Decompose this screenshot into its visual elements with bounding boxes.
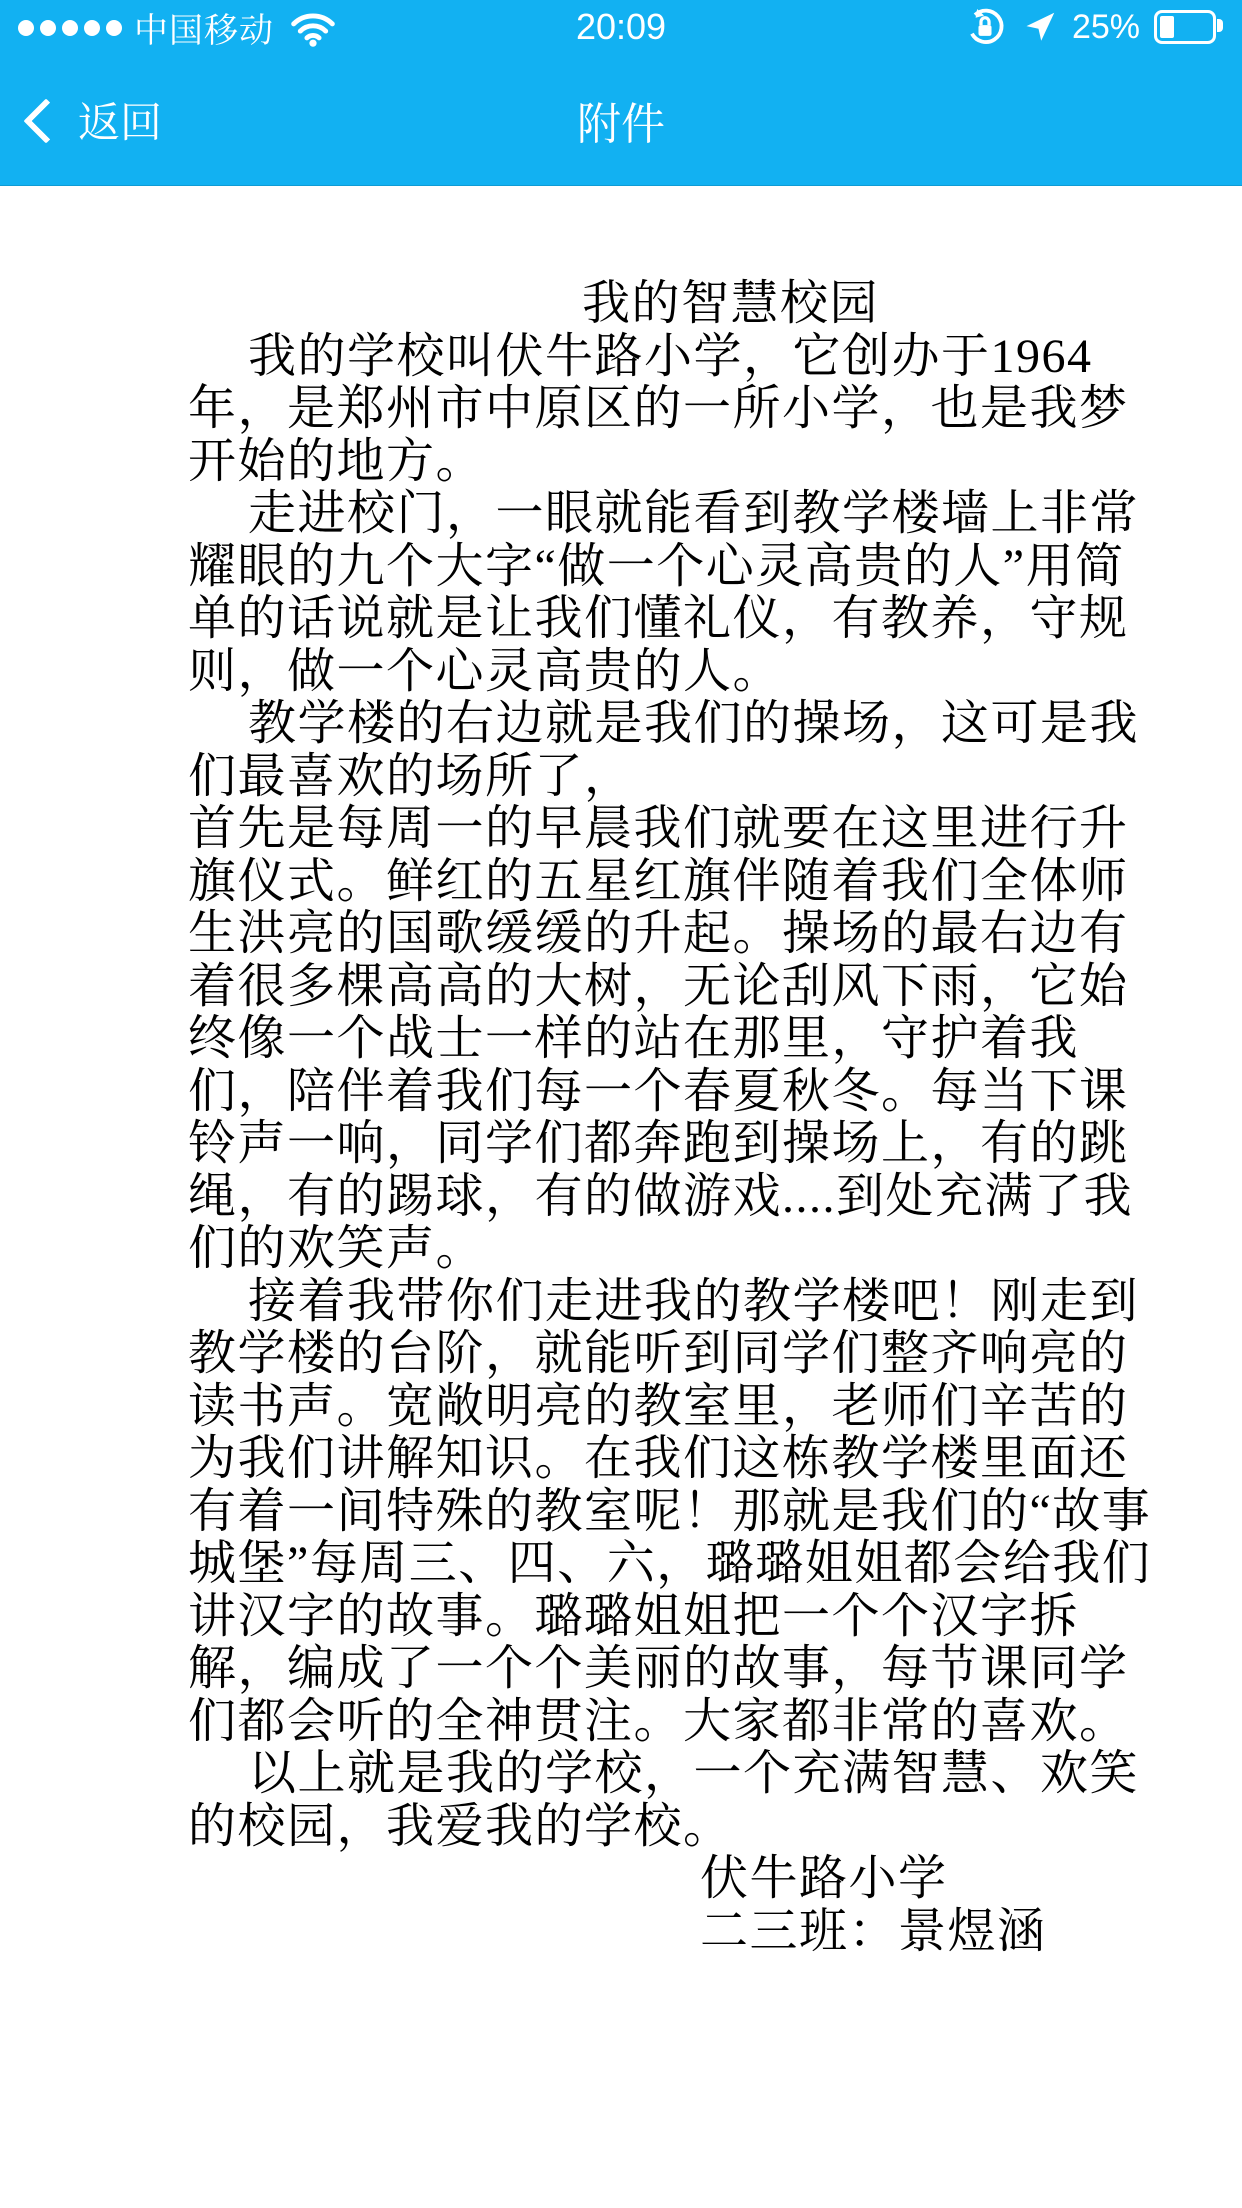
document-line: 教学楼的台阶，就能听到同学们整齐响亮的 — [188, 1328, 1242, 1381]
document-line: 开始的地方。 — [188, 436, 1242, 489]
battery-level — [1160, 16, 1174, 38]
document-line: 我的智慧校园 — [188, 278, 1242, 331]
back-button-label: 返回 — [78, 90, 162, 150]
document-line: 接着我带你们走进我的教学楼吧！刚走到 — [188, 1276, 1242, 1329]
app-header: 中国移动 20:09 25% — [0, 0, 1242, 186]
document-line: 教学楼的右边就是我们的操场，这可是我 — [188, 698, 1242, 751]
document-line: 铃声一响，同学们都奔跑到操场上，有的跳 — [188, 1118, 1242, 1171]
document-line: 生洪亮的国歌缓缓的升起。操场的最右边有 — [188, 908, 1242, 961]
document-line: 则，做一个心灵高贵的人。 — [188, 646, 1242, 699]
navigation-bar: 返回 附件 — [0, 54, 1242, 185]
document-line: 绳，有的踢球，有的做游戏....到处充满了我 — [188, 1171, 1242, 1224]
document-line: 城堡”每周三、四、六，璐璐姐姐都会给我们 — [188, 1538, 1242, 1591]
document-line: 旗仪式。鲜红的五星红旗伴随着我们全体师 — [188, 856, 1242, 909]
document-line: 们，陪伴着我们每一个春夏秋冬。每当下课 — [188, 1066, 1242, 1119]
document-line: 讲汉字的故事。璐璐姐姐把一个个汉字拆 — [188, 1591, 1242, 1644]
back-chevron-icon — [23, 98, 68, 143]
status-bar: 中国移动 20:09 25% — [0, 0, 1242, 54]
document-line: 单的话说就是让我们懂礼仪，有教养，守规 — [188, 593, 1242, 646]
battery-icon — [1154, 10, 1216, 44]
document-line: 终像一个战士一样的站在那里，守护着我 — [188, 1013, 1242, 1066]
document-line: 二三班：景煜涵 — [188, 1906, 1242, 1959]
document-line: 的校园，我爱我的学校。 — [188, 1801, 1242, 1854]
document-line: 耀眼的九个大字“做一个心灵高贵的人”用简 — [188, 541, 1242, 594]
document-line: 有着一间特殊的教室呢！那就是我们的“故事 — [188, 1486, 1242, 1539]
document-line: 我的学校叫伏牛路小学，它创办于1964 — [188, 331, 1242, 384]
document-line: 年，是郑州市中原区的一所小学，也是我梦 — [188, 383, 1242, 436]
screen: 中国移动 20:09 25% — [0, 0, 1242, 2208]
back-button[interactable]: 返回 — [0, 90, 162, 150]
clock: 20:09 — [0, 0, 1242, 54]
document-line: 们的欢笑声。 — [188, 1223, 1242, 1276]
document-line: 为我们讲解知识。在我们这栋教学楼里面还 — [188, 1433, 1242, 1486]
document-line: 着很多棵高高的大树，无论刮风下雨，它始 — [188, 961, 1242, 1014]
attachment-document[interactable]: 我的智慧校园我的学校叫伏牛路小学，它创办于1964年，是郑州市中原区的一所小学，… — [0, 186, 1242, 1958]
document-line: 读书声。宽敞明亮的教室里，老师们辛苦的 — [188, 1381, 1242, 1434]
document-line: 走进校门，一眼就能看到教学楼墙上非常 — [188, 488, 1242, 541]
document-line: 解，编成了一个个美丽的故事，每节课同学 — [188, 1643, 1242, 1696]
document-line: 首先是每周一的早晨我们就要在这里进行升 — [188, 803, 1242, 856]
document-line: 以上就是我的学校，一个充满智慧、欢笑 — [188, 1748, 1242, 1801]
page-title: 附件 — [0, 54, 1242, 185]
document-line: 们都会听的全神贯注。大家都非常的喜欢。 — [188, 1696, 1242, 1749]
document-line: 们最喜欢的场所了， — [188, 751, 1242, 804]
document-line: 伏牛路小学 — [188, 1853, 1242, 1906]
